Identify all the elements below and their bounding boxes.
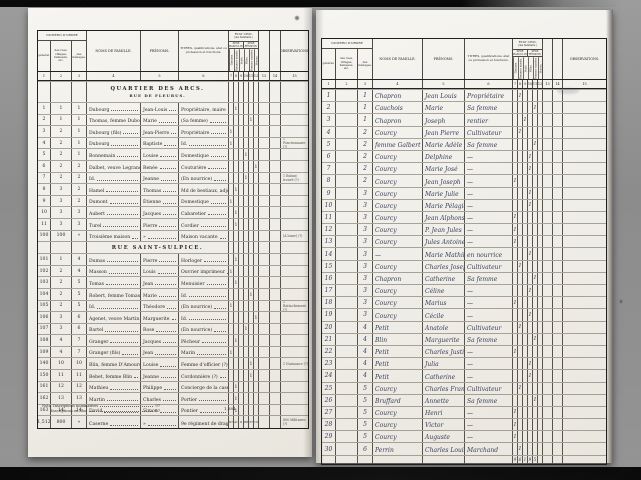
- col-prenom-text: Philippe: [143, 386, 162, 391]
- col-profession-text: Concierge de la caserne (?): [181, 386, 229, 391]
- col-nom-text: Petit: [375, 325, 389, 332]
- section-title: QUARTIER DES ARCS.: [110, 86, 204, 92]
- col-prenom-text: Marie Mathilde: [425, 252, 465, 259]
- observations-cell: [281, 207, 308, 218]
- register-row: 123CourcyP. Jean Jules—1: [322, 223, 606, 235]
- column-number-5: 5: [141, 72, 179, 80]
- col-nom-text: Blin, femme D'Amours: [89, 363, 141, 368]
- col-13-header: [259, 31, 270, 71]
- register-row: 103CourcyMarie Pélagie—1: [322, 199, 606, 211]
- observations-header: OBSERVATIONS.: [563, 39, 606, 79]
- col-numero-general: 1: [322, 90, 336, 101]
- col-numero-menage: 2: [72, 184, 87, 195]
- register-row: 1501111Bebet, femme BlinJeanneCordonnièr…: [38, 369, 308, 381]
- numero-cell: [38, 82, 51, 102]
- col-14-cell: [553, 224, 563, 235]
- col-13-cell: [543, 163, 553, 174]
- col-numero-menage: 2: [358, 139, 373, 150]
- col-prenom-text: Marie Julie: [425, 191, 459, 198]
- col-profession-text: Portier: [181, 398, 197, 403]
- col-13-cell: [543, 188, 553, 199]
- numero-cell: [38, 242, 51, 253]
- col-numero-general: 162: [38, 393, 51, 404]
- etat-civil-subtitle: (des habitants.): [234, 36, 253, 39]
- col-profession: —: [465, 175, 513, 186]
- col-numero-general: 20: [322, 322, 336, 333]
- col-nom-text: Mathieu: [89, 386, 108, 391]
- col-numero-menage: 1: [72, 138, 87, 149]
- observations-cell: [563, 151, 606, 162]
- dotted-leader: [201, 226, 226, 227]
- register-row: 295CourcyAuguste—1: [322, 430, 606, 442]
- col-profession: 9e régiment de dragons: [179, 416, 229, 428]
- register-row: 832HamelThomasMd de bestiaux, adjoint1: [38, 183, 308, 195]
- col-profession: Horloger: [179, 254, 229, 265]
- col-prenom-text: »: [143, 235, 146, 240]
- col-numero-general: 2: [38, 115, 51, 126]
- col-profession: Ouvrier imprimeur: [179, 266, 229, 277]
- col-numero-rue: 2: [51, 266, 72, 277]
- col-numero-menage: 3: [72, 207, 87, 218]
- col-general-label: général.: [322, 49, 336, 79]
- col-prenom: Julia: [423, 358, 465, 369]
- register-row: 111DubourgJean-LouisPropriétaire, maire1: [38, 102, 308, 114]
- col-14-cell: [270, 173, 281, 184]
- col-prenom: Marie: [141, 289, 179, 300]
- col-13-cell: [543, 114, 553, 125]
- col-numero-general: 105: [38, 301, 51, 312]
- col-14-cell: [553, 248, 563, 259]
- col-13-cell: [259, 126, 270, 137]
- register-row: 285CourcyVictor—1: [322, 418, 606, 430]
- observations-cell: [563, 358, 606, 369]
- dotted-leader: [163, 191, 176, 192]
- col-13-cell: [543, 175, 553, 186]
- observations-cell: [281, 115, 308, 126]
- col-prenom-text: Pierre: [143, 259, 157, 264]
- col-profession-text: Pêcheur: [181, 340, 200, 345]
- col-numero-menage: 12: [72, 382, 87, 393]
- col-prenom: Jacques: [141, 335, 179, 346]
- observations-cell: [563, 383, 606, 394]
- col-numero-general: 140: [38, 358, 51, 369]
- col-profession: Cultivateur: [465, 261, 513, 272]
- col-profession-text: —: [467, 422, 473, 429]
- observations-cell: 1 Enfant trouvé (?): [281, 173, 308, 184]
- col-profession-text: Sa femme: [467, 398, 497, 405]
- col-14-cell: [553, 102, 563, 113]
- col-nom-text: Dubourg: [89, 108, 109, 113]
- col-profession-text: —: [467, 227, 473, 234]
- col-prenom-text: Marius: [425, 300, 446, 307]
- dotted-leader: [110, 389, 138, 390]
- col-numero-general: 27: [322, 407, 336, 418]
- col-profession: Cultivateur: [465, 127, 513, 138]
- register-row: 163ChapronCatherineSa femme1: [322, 272, 606, 284]
- column-number-6: 6: [465, 80, 513, 88]
- col-prenom-text: Jean Joseph: [425, 179, 461, 186]
- col-numero-menage: 7: [72, 347, 87, 358]
- col-profession: Sa femme: [465, 139, 513, 150]
- scanned-census-register: NUMÉRO D'ORDREgénéral.des rues, villages…: [0, 0, 641, 480]
- col-profession: Sa femme: [465, 273, 513, 284]
- observations-cell: [563, 407, 606, 418]
- col-14-cell: [553, 370, 563, 381]
- register-row: 234PetitJulia—1: [322, 357, 606, 369]
- col-profession: Cabaretier: [179, 207, 229, 218]
- col-numero-rue: 100: [51, 231, 72, 242]
- col-prenom: Jules Antoine: [423, 236, 465, 247]
- numero-cell: [51, 82, 72, 102]
- register-row: 113CourcyJean Alphonse—1: [322, 211, 606, 223]
- col-13-cell: [259, 242, 270, 253]
- col-14-cell: [270, 82, 281, 102]
- col-profession-text: —: [467, 434, 473, 441]
- register-row: 521BonnemainLouiseDomestique1: [38, 148, 308, 160]
- col-profession-text: en nourrice: [467, 252, 502, 259]
- observations-cell: [281, 347, 308, 358]
- table-header: NUMÉRO D'ORDREgénéral.des rues, villages…: [38, 31, 308, 72]
- col-prenom: Catherine: [423, 370, 465, 381]
- dotted-leader: [163, 203, 176, 204]
- col-prenom-text: Victor: [425, 422, 443, 429]
- col-13-cell: [259, 196, 270, 207]
- col-profession-text: Cultivateur: [467, 325, 501, 332]
- dotted-leader: [117, 156, 138, 157]
- col-14-header: [553, 39, 563, 79]
- col-profession: (Sa femme): [179, 115, 229, 126]
- col-nom: Perrin: [373, 443, 423, 454]
- col-prenom: Marie Adèle: [423, 139, 465, 150]
- col-14-cell: [553, 309, 563, 320]
- col-13-cell: [543, 407, 553, 418]
- col-14-cell: [270, 207, 281, 218]
- col-nom: Dumont: [87, 196, 141, 207]
- col-nom: femme Galbert: [373, 139, 423, 150]
- col-prenom: Charles Justin: [423, 346, 465, 357]
- col-numero-general: 7: [38, 173, 51, 184]
- col-numero-general: 11: [322, 212, 336, 223]
- col-nom-text: Courcy: [375, 386, 397, 393]
- col-14-cell: [553, 407, 563, 418]
- col-nom-text: Courcy: [375, 215, 397, 222]
- section-heading: QUARTIER DES ARCS.RUE DE FLEURUS.: [87, 82, 229, 102]
- dotted-leader: [107, 400, 138, 401]
- col-numero-general: 1: [38, 103, 51, 114]
- col-prenom-text: Jeanne: [143, 375, 159, 380]
- register-row: 52femme GalbertMarie AdèleSa femme1: [322, 138, 606, 150]
- col-nom: Thomas, femme Dubourg: [87, 115, 141, 126]
- col-prenom: Charles Louis: [423, 443, 465, 454]
- col-prenom-text: Louise: [143, 363, 158, 368]
- numero-dordre-label: NUMÉRO D'ORDRE: [38, 31, 86, 41]
- col-nom-text: Courcy: [375, 300, 397, 307]
- col-profession-text: —: [467, 154, 473, 161]
- col-numero-rue: 3: [51, 324, 72, 335]
- observations-cell: [281, 335, 308, 346]
- col-prenom: Pierre: [141, 254, 179, 265]
- register-row: 10325TomasJeanMenuisier1: [38, 276, 308, 288]
- col-prenom-text: Renée: [143, 166, 158, 171]
- col-14-cell: [270, 196, 281, 207]
- footnote-label-2: Inscriptions en bloc: [51, 409, 87, 413]
- col-13-cell: [259, 335, 270, 346]
- col-numero-rue: [336, 407, 358, 418]
- dotted-leader: [156, 331, 176, 332]
- col-prenom: Jeanne: [141, 370, 179, 381]
- col-numero-menage: 3: [358, 236, 373, 247]
- col-nom-text: Petit: [375, 349, 389, 356]
- observations-cell: [281, 254, 308, 265]
- col-numero-menage: 1: [358, 102, 373, 113]
- col-13-cell: [259, 382, 270, 393]
- col-profession: Propriétaire, maire: [179, 103, 229, 114]
- col-numero-general: 17: [322, 285, 336, 296]
- col-prenom-text: Marie Pélagie: [425, 203, 465, 210]
- col-numero-general: 25: [322, 383, 336, 394]
- col-numero-rue: 2: [51, 126, 72, 137]
- col-numero-rue: [336, 346, 358, 357]
- col-numero-general: 10: [322, 200, 336, 211]
- col-14-cell: [553, 419, 563, 430]
- col-prenom: Louise: [141, 149, 179, 160]
- register-row: 265BruffardAnnetteSa femme1: [322, 394, 606, 406]
- col-numero-general: 28: [322, 419, 336, 430]
- observations-cell: [563, 322, 606, 333]
- col-prenom-text: Catherine: [425, 374, 455, 381]
- etat-civil-subtitle: (des habitants.): [518, 44, 537, 47]
- col-numero-menage: 1: [72, 115, 87, 126]
- col-nom-text: Perrin: [375, 447, 394, 454]
- col-numero-general: 106: [38, 312, 51, 323]
- col-numero-menage: 6: [72, 324, 87, 335]
- col-profession: en nourrice: [465, 248, 513, 259]
- col-numero-rue: 800: [51, 416, 72, 428]
- dotted-leader: [211, 203, 226, 204]
- col-nom-text: Dubourg (fils): [89, 131, 121, 136]
- col-nom: Blin, femme D'Amours: [87, 358, 141, 369]
- col-profession-text: —: [467, 239, 473, 246]
- col-profession-text: Id.: [181, 317, 187, 322]
- col-prenom: Pierre: [141, 219, 179, 230]
- col-numero-general: 19: [322, 309, 336, 320]
- col-13-cell: [543, 90, 553, 101]
- col-profession-text: Cabaretier: [181, 212, 206, 217]
- dotted-leader: [208, 168, 226, 169]
- col-nom: Bebet, femme Blin: [87, 370, 141, 381]
- col-14-cell: [553, 212, 563, 223]
- col-14-cell: [270, 138, 281, 149]
- scan-speck: [84, 5, 86, 7]
- col-numero-menage: 3: [358, 309, 373, 320]
- col-prenom-text: Jean Alphonse: [425, 215, 465, 222]
- footnote-value-2: 87: [155, 409, 160, 413]
- col-numero-general: 8: [322, 175, 336, 186]
- col-14-cell: [270, 231, 281, 242]
- col-14-cell: [553, 395, 563, 406]
- col-numero-rue: [336, 163, 358, 174]
- scan-speck: [620, 300, 622, 303]
- col-numero-rue: 2: [51, 289, 72, 300]
- col-13-cell: [543, 456, 553, 464]
- col-numero-menage: 3: [358, 273, 373, 284]
- col-prenom: Joseph: [423, 114, 465, 125]
- col-prenom-text: Jean Pierre: [425, 130, 459, 137]
- observations-cell: [281, 219, 308, 230]
- col-profession-text: Marin: [181, 351, 195, 356]
- col-numero-general: 2: [322, 102, 336, 113]
- col-prenom: Jean Louis: [423, 90, 465, 101]
- col-nom-text: Dumas: [89, 259, 105, 264]
- col-numero-rue: 2: [51, 173, 72, 184]
- col-nom: Courcy: [373, 188, 423, 199]
- col-numero-menage: 4: [358, 346, 373, 357]
- register-row: 306PerrinCharles LouisMarchand1: [322, 442, 606, 454]
- observations-cell: [281, 382, 308, 393]
- col-nom-text: Petit: [375, 374, 389, 381]
- observations-cell: [563, 163, 606, 174]
- col-profession-text: Cordonnière (?): [181, 375, 218, 380]
- dotted-leader: [164, 389, 176, 390]
- dotted-leader: [158, 273, 176, 274]
- col-numero-menage: 1: [72, 126, 87, 137]
- col-13-cell: [543, 443, 553, 454]
- observations-cell: [563, 285, 606, 296]
- dotted-leader: [161, 180, 176, 181]
- col-numero-general: 13: [322, 236, 336, 247]
- col-profession-text: Md de bestiaux, adjoint: [181, 189, 229, 194]
- col-prenom-text: Marguerite: [143, 317, 170, 322]
- observations-cell: 1 Naissance (?): [281, 358, 308, 369]
- col-nom: Courcy: [373, 212, 423, 223]
- col-14-cell: [553, 346, 563, 357]
- col-numero-rue: 3: [51, 219, 72, 230]
- dotted-leader: [148, 425, 176, 426]
- col-numero-rue: 2: [51, 149, 72, 160]
- dotted-leader: [163, 342, 176, 343]
- col-nom: Courcy: [373, 127, 423, 138]
- cell: [358, 456, 373, 464]
- col-13-cell: [259, 103, 270, 114]
- dotted-leader: [163, 400, 176, 401]
- col-13-cell: [543, 200, 553, 211]
- col-numero-rue: [336, 114, 358, 125]
- register-row: 1621313MartinCharlesPortier1: [38, 392, 308, 404]
- observations-cell: [563, 212, 606, 223]
- col-numero-rue: [336, 224, 358, 235]
- footnote-leader-1: [100, 406, 153, 407]
- col-nom: Granger: [87, 335, 141, 346]
- col-profession-text: Domestique: [181, 154, 209, 159]
- col-profession-text: Id.: [181, 294, 187, 299]
- col-numero-rue: 12: [51, 382, 72, 393]
- col-rues-label: des rues, villages, hameaux, etc.: [51, 41, 72, 71]
- col-nom: Courcy: [373, 224, 423, 235]
- col-profession-text: Sa femme: [467, 105, 497, 112]
- col-numero-general: 24: [322, 370, 336, 381]
- col-nom: Courcy: [373, 200, 423, 211]
- col-prenom: Marguerite: [423, 334, 465, 345]
- col-14-cell: [270, 301, 281, 312]
- col-numero-rue: [336, 322, 358, 333]
- section-heading: RUE SAINT-SULPICE.: [87, 242, 229, 253]
- col-nom-text: —: [375, 252, 381, 259]
- dotted-leader: [169, 110, 176, 111]
- col-profession: Portier: [179, 393, 229, 404]
- observations-cell: 800 Militaires (?): [281, 416, 308, 428]
- col-13-header: [543, 39, 553, 79]
- col-numero-rue: [336, 102, 358, 113]
- col-nom-text: Hamel: [89, 189, 104, 194]
- dotted-leader: [107, 261, 138, 262]
- col-prenom-text: Marie Adèle: [425, 142, 462, 149]
- col-nom: Agenet, veuve Martin: [87, 312, 141, 323]
- col-numero-general: 109: [38, 347, 51, 358]
- col-nom: Courcy: [373, 151, 423, 162]
- observations-cell: [563, 456, 606, 464]
- observations-cell: [563, 200, 606, 211]
- col-numero-menage: 3: [358, 285, 373, 296]
- col-numero-general: 30: [322, 443, 336, 454]
- col-profession-text: Domestique: [181, 200, 209, 205]
- col-nom-text: Id.: [89, 177, 95, 182]
- register-row: 224PetitCharles Justin—1: [322, 345, 606, 357]
- col-14-cell: [270, 266, 281, 277]
- col-profession: Propriétaire: [179, 126, 229, 137]
- col-14-cell: [270, 115, 281, 126]
- col-numero-menage: 2: [358, 163, 373, 174]
- footnote-value-1: 97: [155, 404, 160, 408]
- register-row: RUE SAINT-SULPICE.: [38, 241, 308, 253]
- col-nom-text: Petit: [375, 361, 389, 368]
- dotted-leader: [214, 331, 226, 332]
- col-profession: Couturière: [179, 161, 229, 172]
- column-number-13: 13: [543, 80, 553, 88]
- col-profession-text: —: [467, 300, 473, 307]
- column-number-15: 15: [563, 80, 606, 88]
- col-nom: Troisième maison: [87, 231, 141, 242]
- col-profession: (En nourrice): [179, 173, 229, 184]
- col-prenom: Thomas: [141, 184, 179, 195]
- col-prenom-text: Henri: [425, 410, 442, 417]
- dotted-leader: [167, 308, 176, 309]
- col-prenom-text: Marie José: [425, 166, 458, 173]
- col-prenom: Marius: [423, 297, 465, 308]
- col-nom: Chapron: [373, 90, 423, 101]
- register-row: 932DumontÉtienneDomestique1: [38, 195, 308, 207]
- col-numero-general: 104: [38, 289, 51, 300]
- col-prenom-text: Marie: [425, 105, 443, 112]
- col-nom: Courcy: [373, 431, 423, 442]
- col-prenom: Marie: [141, 115, 179, 126]
- col-nom: Turel: [87, 219, 141, 230]
- col-nom: Tomas: [87, 277, 141, 288]
- observations-cell: [281, 103, 308, 114]
- col-numero-rue: [336, 248, 358, 259]
- col-profession: Femme d'officier (?): [179, 358, 229, 369]
- col-nom-text: Masson: [89, 270, 107, 275]
- col-13-cell: [543, 212, 553, 223]
- col-numero-rue: 4: [51, 347, 72, 358]
- column-number-2: 2: [51, 72, 72, 80]
- register-row: 211Thomas, femme DubourgMarie(Sa femme)1: [38, 114, 308, 126]
- col-numero-rue: [336, 443, 358, 454]
- numero-dordre-subcolumns: général.des rues, villages, hameaux, etc…: [322, 49, 372, 79]
- column-number-14: 14: [270, 72, 281, 80]
- col-profession-text: Propriétaire: [181, 131, 209, 136]
- observations-cell: [563, 334, 606, 345]
- register-row: 10525Id.Théodore(En nourrice)11 Rattache…: [38, 300, 308, 312]
